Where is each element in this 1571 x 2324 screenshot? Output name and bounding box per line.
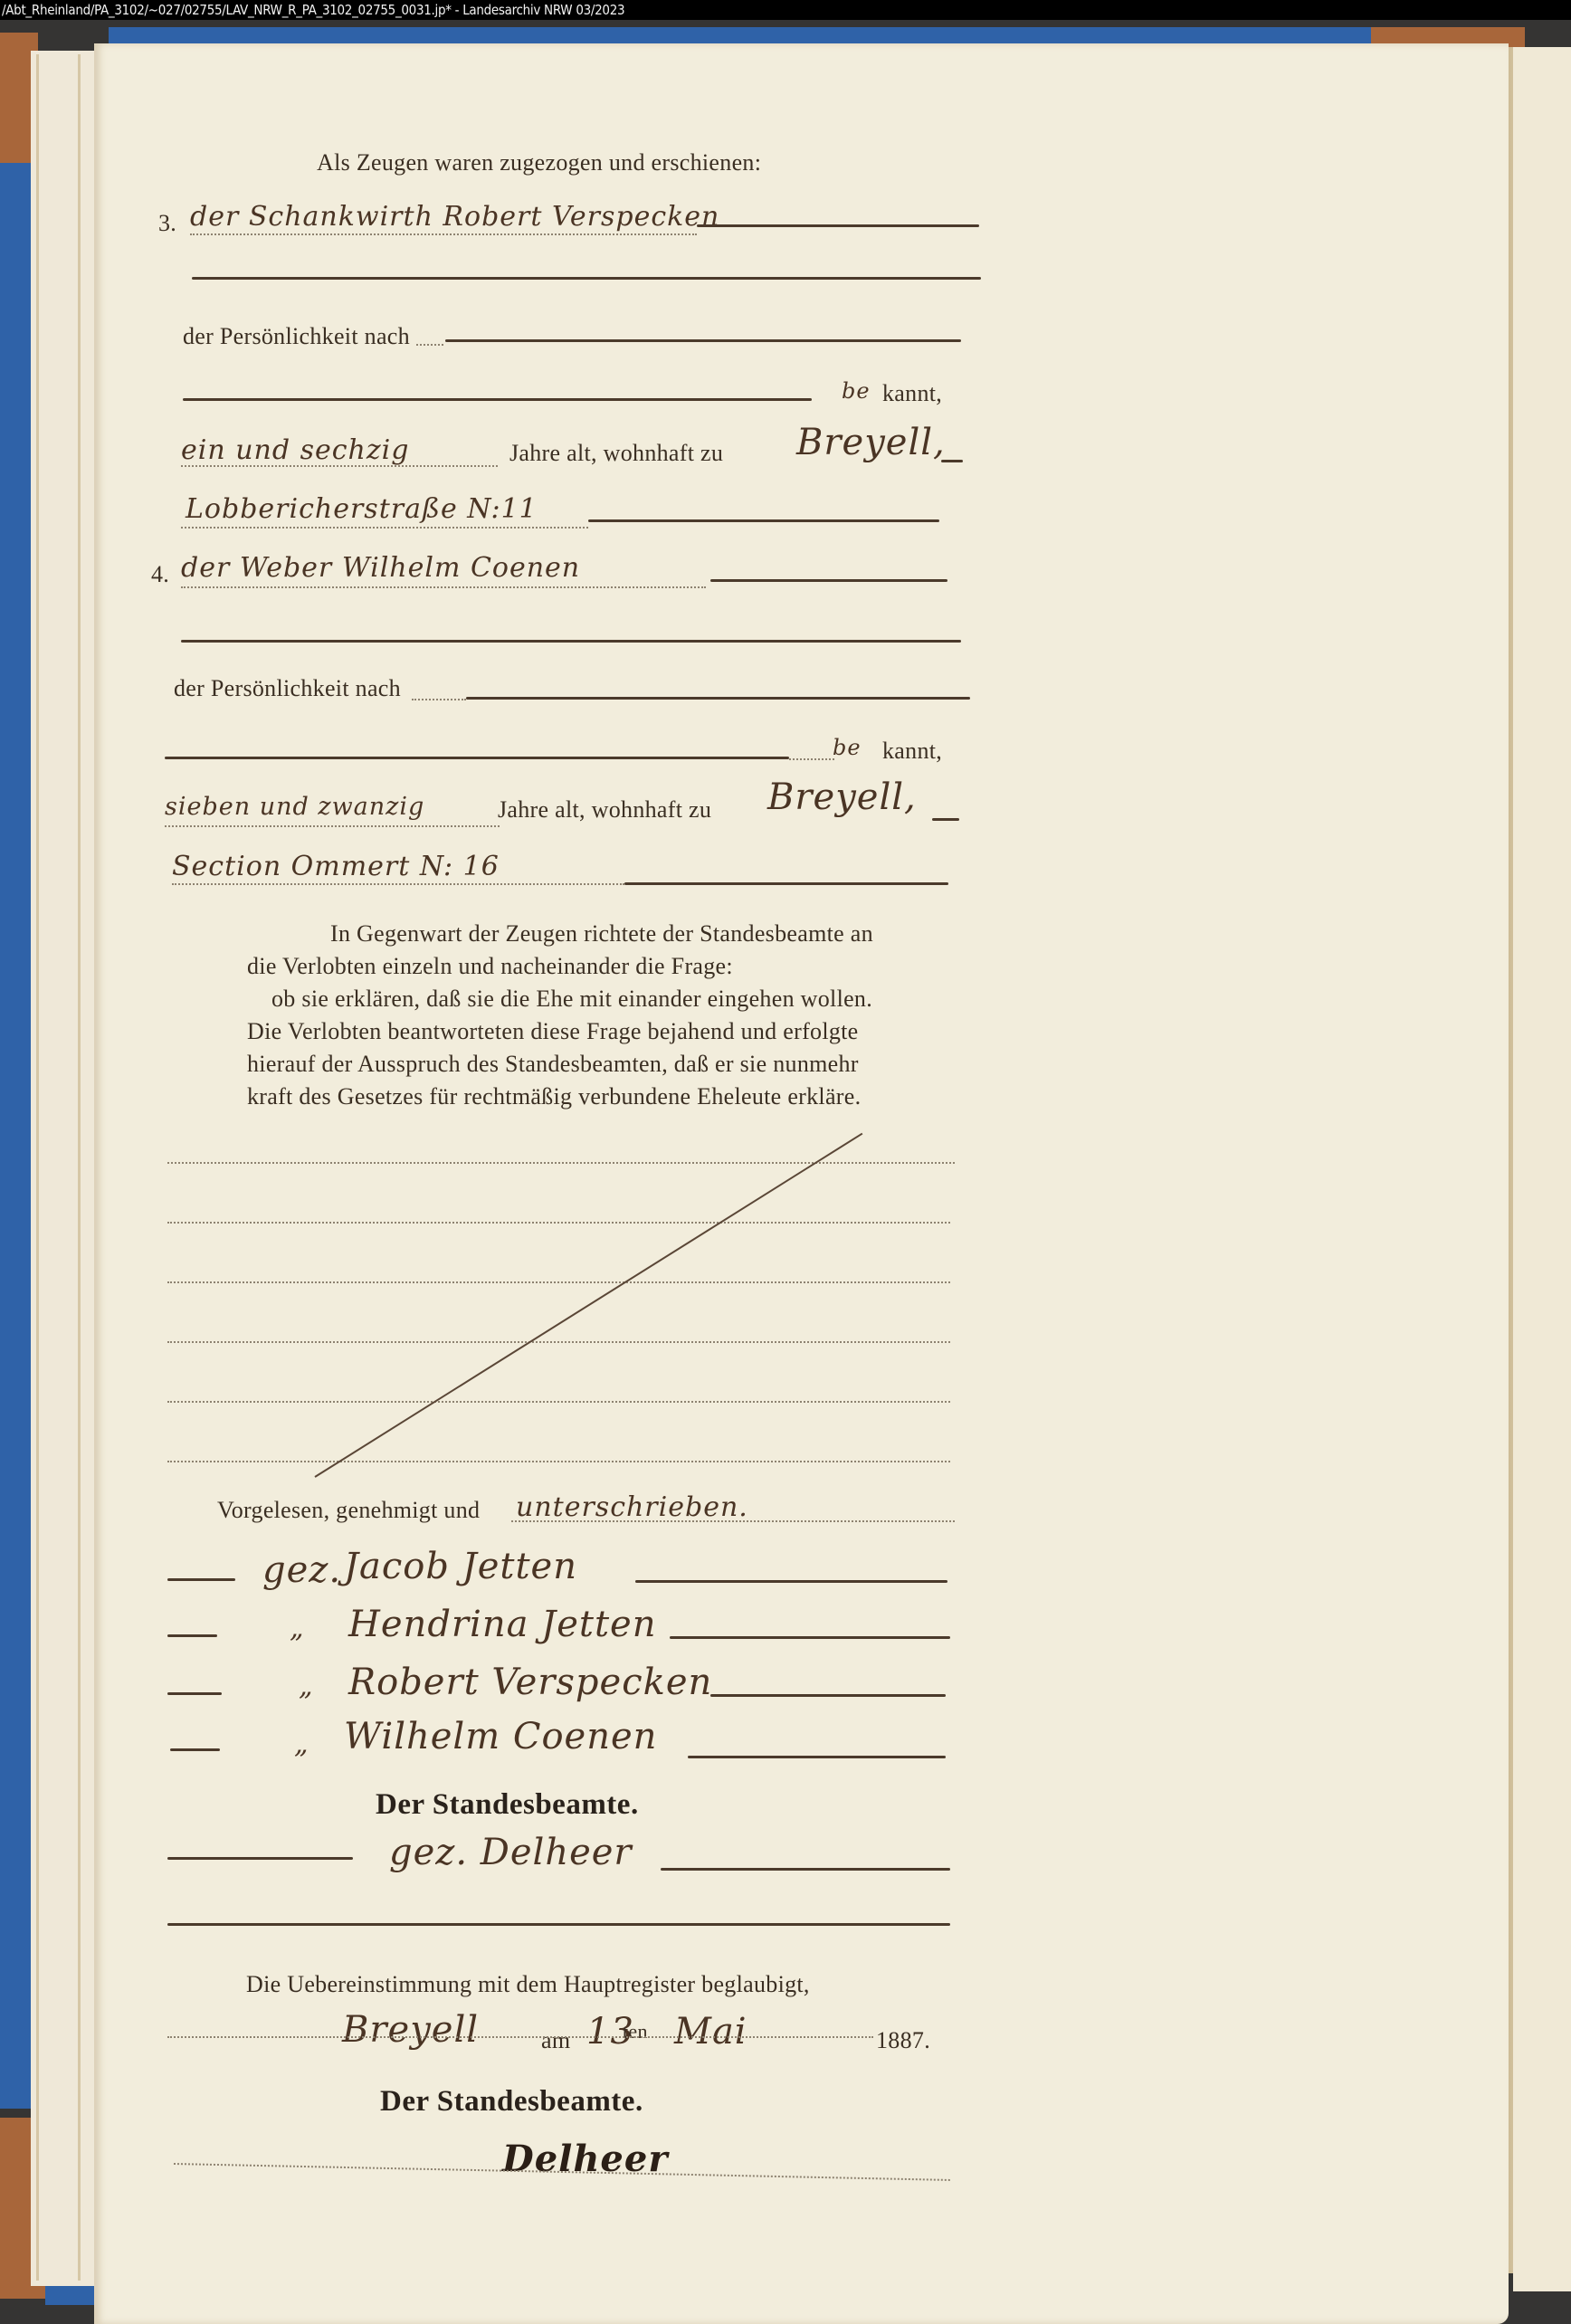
fill-line bbox=[183, 398, 812, 401]
witness-3-number: 3. bbox=[158, 210, 176, 237]
witness-4-known-label: kannt, bbox=[882, 738, 942, 765]
certification-place: Breyell bbox=[342, 2009, 479, 2051]
fill-line bbox=[710, 579, 947, 582]
fill-line bbox=[167, 1857, 353, 1860]
ceremony-paragraph-line-4: Die Verlobten beantworteten diese Frage … bbox=[247, 1015, 859, 1048]
dotted-rule bbox=[167, 2036, 873, 2038]
dotted-rule bbox=[165, 825, 500, 827]
dotted-rule bbox=[412, 699, 466, 700]
witness-3-identity-label: der Persönlichkeit nach bbox=[183, 323, 410, 350]
witness-3-name: der Schankwirth Robert Verspecken bbox=[190, 201, 719, 233]
fill-line bbox=[588, 519, 939, 522]
window-title-bar: /Abt_Rheinland/PA_3102/~027/02755/LAV_NR… bbox=[0, 0, 1571, 20]
fill-line bbox=[688, 1756, 946, 1758]
witness-4-identity-label: der Persönlichkeit nach bbox=[174, 675, 401, 702]
ceremony-paragraph-line-2: die Verlobten einzeln und nacheinander d… bbox=[247, 950, 733, 983]
registrar-label-2: Der Standesbeamte. bbox=[380, 2085, 643, 2119]
certification-year: 1887. bbox=[876, 2027, 930, 2054]
window-title: /Abt_Rheinland/PA_3102/~027/02755/LAV_NR… bbox=[2, 2, 624, 18]
signature-robert-verspecken: Robert Verspecken bbox=[348, 1662, 712, 1703]
witness-3-age: ein und sechzig bbox=[181, 434, 409, 466]
witness-4-name: der Weber Wilhelm Coenen bbox=[181, 552, 580, 584]
signature-hendrina-jetten: Hendrina Jetten bbox=[348, 1604, 656, 1645]
read-approved-value: unterschrieben. bbox=[516, 1491, 748, 1523]
fill-line bbox=[170, 1748, 220, 1751]
witness-4-age-label: Jahre alt, wohnhaft zu bbox=[498, 796, 711, 824]
witness-4-address: Section Ommert N: 16 bbox=[172, 851, 500, 882]
fill-line bbox=[661, 1868, 950, 1871]
dotted-rule bbox=[789, 758, 834, 760]
ceremony-paragraph-line-3: ob sie erklären, daß sie die Ehe mit ein… bbox=[271, 983, 872, 1015]
fill-line bbox=[445, 339, 961, 342]
page-edge-line bbox=[36, 54, 39, 2281]
witness-heading: Als Zeugen waren zugezogen und erschiene… bbox=[317, 149, 761, 176]
dotted-rule bbox=[167, 1341, 950, 1343]
witness-4-age: sieben und zwanzig bbox=[165, 793, 424, 821]
witness-3-known-label: kannt, bbox=[882, 380, 942, 407]
fill-line bbox=[167, 1923, 950, 1926]
fill-line bbox=[932, 818, 959, 821]
witness-3-age-label: Jahre alt, wohnhaft zu bbox=[509, 440, 723, 467]
witness-4-residence: Breyell, bbox=[767, 776, 917, 818]
fill-line bbox=[941, 460, 963, 462]
fill-line bbox=[710, 1694, 946, 1697]
signature-prefix: „ bbox=[294, 1729, 309, 1760]
fill-line bbox=[167, 1634, 217, 1637]
dotted-rule bbox=[167, 1281, 950, 1283]
dotted-rule bbox=[511, 1520, 955, 1522]
witness-3-address: Lobbericherstraße N:11 bbox=[186, 493, 538, 525]
certification-month: Mai bbox=[674, 2011, 747, 2053]
fill-line bbox=[624, 882, 948, 885]
signature-jacob-jetten: Jacob Jetten bbox=[344, 1546, 577, 1587]
registrar-label: Der Standesbeamte. bbox=[376, 1788, 639, 1822]
dotted-rule bbox=[167, 1162, 955, 1164]
certification-text: Die Uebereinstimmung mit dem Hauptregist… bbox=[246, 1971, 810, 1998]
page-edge-line bbox=[78, 54, 81, 2281]
signature-wilhelm-coenen: Wilhelm Coenen bbox=[344, 1716, 657, 1757]
fill-line bbox=[167, 1578, 235, 1581]
fill-line bbox=[697, 224, 979, 227]
dotted-rule bbox=[416, 344, 443, 346]
read-approved-label: Vorgelesen, genehmigt und bbox=[217, 1497, 480, 1524]
fill-line bbox=[466, 697, 970, 700]
witness-3-known-prefix: be bbox=[842, 378, 871, 404]
signature-prefix: „ bbox=[299, 1671, 314, 1702]
ceremony-paragraph-line-1: In Gegenwart der Zeugen richtete der Sta… bbox=[330, 918, 873, 950]
dotted-rule bbox=[172, 883, 624, 885]
dotted-rule bbox=[167, 1222, 950, 1224]
witness-3-residence: Breyell, bbox=[796, 422, 946, 463]
ceremony-paragraph-line-6: kraft des Gesetzes für rechtmäßig verbun… bbox=[247, 1081, 861, 1113]
fill-line bbox=[635, 1580, 947, 1583]
registrar-signature: gez. Delheer bbox=[389, 1832, 633, 1873]
fill-line bbox=[192, 277, 981, 280]
next-page-edge bbox=[1513, 47, 1571, 2291]
fill-line bbox=[670, 1636, 950, 1639]
certification-am: am bbox=[541, 2027, 570, 2054]
fill-line bbox=[165, 757, 789, 759]
ceremony-paragraph-line-5: hierauf der Ausspruch des Standesbeamten… bbox=[247, 1048, 859, 1081]
fill-line bbox=[181, 640, 961, 643]
dotted-rule bbox=[167, 1401, 950, 1403]
dotted-rule bbox=[181, 465, 498, 467]
certification-day-suffix: ten bbox=[623, 2020, 648, 2043]
witness-4-number: 4. bbox=[151, 561, 169, 588]
signature-prefix: „ bbox=[290, 1613, 305, 1644]
dotted-rule bbox=[190, 233, 697, 235]
witness-4-known-prefix: be bbox=[833, 735, 862, 760]
dotted-rule bbox=[167, 1461, 950, 1462]
dotted-rule bbox=[181, 586, 706, 588]
signature-prefix: gez. bbox=[262, 1549, 341, 1591]
fill-line bbox=[167, 1692, 222, 1695]
dotted-rule bbox=[181, 527, 588, 529]
